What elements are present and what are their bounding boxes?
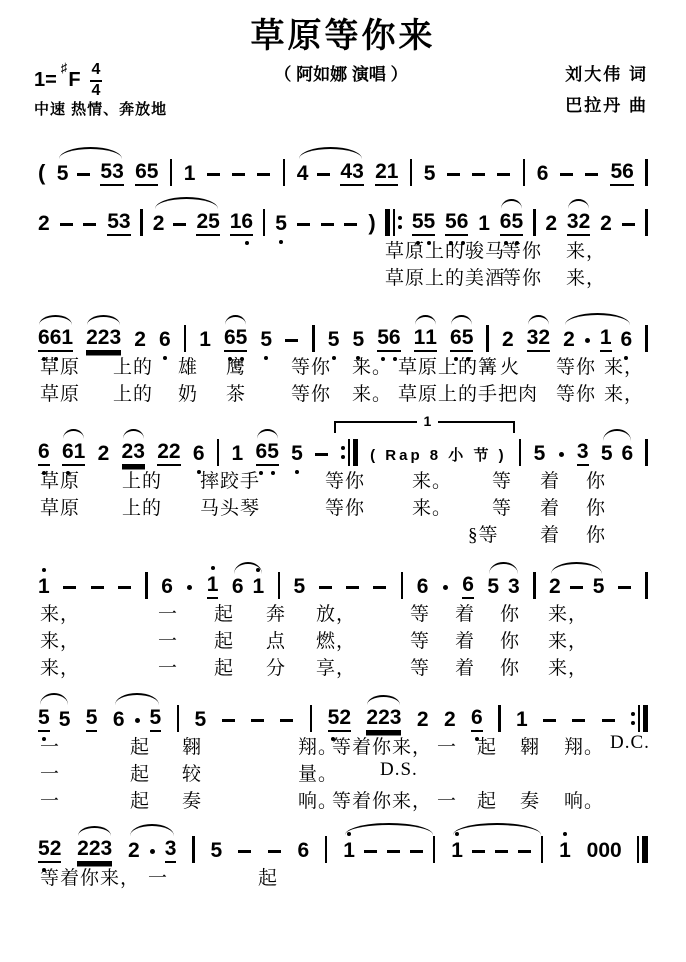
note-digit: 2 xyxy=(98,326,110,350)
note: 6 xyxy=(621,328,633,352)
note: 5 xyxy=(210,839,222,863)
note-row: 66122322616551( Rap 8 小 节 )5356 xyxy=(38,422,648,466)
sheet-music-page: 草原等你来 1= ♯ F 4 4 中速 热情、奔放地 （ 阿如娜 演唱 ） 刘大… xyxy=(0,0,686,962)
note-digit: 5 xyxy=(150,706,162,730)
lyric-segment: 摔跤手 xyxy=(200,466,260,493)
lyric-segment: 你 xyxy=(500,626,520,653)
dash xyxy=(317,162,331,186)
note: 1 xyxy=(199,328,211,352)
lyric-segment: 茶 xyxy=(226,379,246,406)
lyric-row: 草原上的美酒等你来， xyxy=(0,263,686,290)
note-digit: 2 xyxy=(378,706,390,730)
note-digit: 6 xyxy=(135,160,147,184)
dash xyxy=(285,328,299,352)
bar-thick xyxy=(642,836,648,863)
lyric-segment: 着 xyxy=(540,493,560,520)
time-signature: 4 4 xyxy=(90,62,103,100)
rap-text: ( Rap 8 小 节 ) xyxy=(370,442,507,466)
lyric-segment: 等 xyxy=(410,599,430,626)
note: 2 xyxy=(549,575,561,599)
note-row: 522232356111000 xyxy=(38,819,648,863)
note: 5 xyxy=(424,162,436,186)
dash xyxy=(495,839,509,863)
lyric-segment: 较 xyxy=(182,759,202,786)
dash xyxy=(472,162,486,186)
note: 6 xyxy=(622,442,634,466)
dash xyxy=(585,162,599,186)
note-digit: 3 xyxy=(390,706,402,730)
repeat-end-barline xyxy=(631,705,648,732)
note-digit: 3 xyxy=(527,326,539,350)
dash xyxy=(602,708,616,732)
note-row: 161615665325 xyxy=(38,555,648,599)
dash xyxy=(319,575,333,599)
lyric-row: 来，一起奔放，等着你来， xyxy=(0,599,686,626)
note-digit: 1 xyxy=(207,573,219,597)
lyric-segment: 草原 xyxy=(40,466,80,493)
note-digit: 2 xyxy=(538,326,550,350)
dash xyxy=(173,212,187,236)
barline xyxy=(263,209,266,236)
barline xyxy=(410,159,413,186)
note-digit: 2 xyxy=(50,837,62,861)
note: 5 xyxy=(601,442,613,466)
note: 1 xyxy=(451,839,463,863)
slur-group: 23 xyxy=(128,837,176,863)
slur-group: 55 xyxy=(38,706,70,732)
note: 61 xyxy=(62,440,85,466)
note-digit: 6 xyxy=(417,575,429,599)
note-row: (553651443215656 xyxy=(38,142,648,186)
lyric-segment: 一 xyxy=(437,786,457,813)
note: 65 xyxy=(135,160,158,186)
note-digit: 6 xyxy=(161,575,173,599)
lyric-segment: 翱 xyxy=(520,732,540,759)
slur-group: 25 xyxy=(549,575,604,599)
note-digit: 5 xyxy=(328,706,340,730)
lyric-segment: 来， xyxy=(548,653,588,680)
barline xyxy=(645,209,648,236)
bar-thin xyxy=(348,439,350,466)
note-digit: 6 xyxy=(50,326,62,350)
note: 661 xyxy=(38,326,73,352)
barline xyxy=(533,209,536,236)
system-2: 66122326165555561165232216草原上的雄鹰等你来。草原上的… xyxy=(0,308,686,406)
lyric-segment: D.C. xyxy=(610,732,650,754)
lyric-row: 一起较量。D.S. xyxy=(0,759,686,786)
lyric-segment: 你 xyxy=(500,653,520,680)
note-digit: 5 xyxy=(445,210,457,234)
note-digit: 0 xyxy=(598,839,610,863)
barline xyxy=(645,439,648,466)
note: 2 xyxy=(98,442,110,466)
dash xyxy=(622,212,636,236)
lyric-segment: 着 xyxy=(540,520,560,547)
slur-group: 1 xyxy=(451,836,543,863)
note-digit: 3 xyxy=(119,210,131,234)
dash xyxy=(518,839,532,863)
note: 56 xyxy=(445,210,468,236)
note: 2 xyxy=(128,839,140,863)
lyric-segment: 马头琴 xyxy=(200,493,260,520)
note-digit: 2 xyxy=(563,328,575,352)
barline xyxy=(433,836,436,863)
dash xyxy=(207,162,221,186)
lyric-segment: 等着你来， xyxy=(40,863,140,890)
note: 5 xyxy=(593,575,605,599)
note: 6 xyxy=(232,575,244,599)
note-digit: 5 xyxy=(377,326,389,350)
note-digit: 6 xyxy=(62,440,74,464)
note-digit: 6 xyxy=(500,210,512,234)
lyric-segment: 着 xyxy=(455,626,475,653)
score-meta: 1= ♯ F 4 4 中速 热情、奔放地 （ 阿如娜 演唱 ） 刘大伟 词 巴拉… xyxy=(34,58,648,128)
lyric-segment: 来。 xyxy=(412,493,452,520)
system-6: 522232356111000等着你来，一起 xyxy=(0,819,686,890)
lyric-segment: 等你 xyxy=(502,263,542,290)
note-digit: 6 xyxy=(38,326,50,350)
note: 2 xyxy=(134,328,146,352)
lyric-segment: 奏 xyxy=(182,786,202,813)
lyric-segment: 起 xyxy=(477,786,497,813)
barline xyxy=(177,705,180,732)
note: 21 xyxy=(375,160,398,186)
note: 22 xyxy=(157,440,180,466)
lyric-segment: 起 xyxy=(214,599,234,626)
note-digit: 2 xyxy=(549,575,561,599)
note-digit: 2 xyxy=(38,212,50,236)
lyric-segment: 来， xyxy=(548,626,588,653)
lyric-segment: 一 xyxy=(437,732,457,759)
note: 1 xyxy=(600,326,612,352)
dash xyxy=(560,162,574,186)
note-digit: 5 xyxy=(610,160,622,184)
repeat-dot xyxy=(398,216,402,220)
augmentation-dot xyxy=(442,575,449,599)
note-digit: 6 xyxy=(537,162,549,186)
note: 5 xyxy=(291,442,303,466)
note-digit: 5 xyxy=(86,706,98,730)
note: 2 xyxy=(545,212,557,236)
dash xyxy=(387,839,401,863)
barline xyxy=(184,325,187,352)
final-barline xyxy=(637,836,648,863)
lyric-segment: 响。 xyxy=(564,786,604,813)
barline xyxy=(310,705,313,732)
note-digit: 1 xyxy=(74,440,86,464)
bar-thick xyxy=(353,439,358,466)
dash xyxy=(77,162,91,186)
note: 52 xyxy=(38,837,61,863)
note-digit: 6 xyxy=(622,160,634,184)
lyric-segment: 来， xyxy=(604,352,644,379)
note: 2 xyxy=(444,708,456,732)
dash xyxy=(222,708,236,732)
note-digit: 6 xyxy=(621,328,633,352)
lyric-segment: 你 xyxy=(586,493,606,520)
note: 1 xyxy=(559,839,571,863)
volta-label: 1 xyxy=(417,414,439,429)
dash xyxy=(91,575,105,599)
composer-credit: 巴拉丹 曲 xyxy=(565,91,648,116)
note-digit: 5 xyxy=(260,328,272,352)
note-digit: 2 xyxy=(366,706,378,730)
lyric-segment: 上的 xyxy=(122,466,162,493)
note-digit: 5 xyxy=(107,210,119,234)
lyric-segment: 分 xyxy=(266,653,286,680)
note: 32 xyxy=(567,210,590,236)
note: 3 xyxy=(577,440,589,466)
lyric-segment: 着 xyxy=(540,466,560,493)
note: 1 xyxy=(478,212,490,236)
note-digit: 6 xyxy=(389,326,401,350)
lyric-segment: 来， xyxy=(566,236,606,263)
slur-group: 443 xyxy=(297,160,364,186)
lyric-segment: D.S. xyxy=(380,759,418,781)
barline xyxy=(486,325,489,352)
note-digit: 5 xyxy=(57,162,69,186)
lyric-row: 草原上的摔跤手等你来。等着你 xyxy=(0,466,686,493)
note: 1 xyxy=(343,839,355,863)
note-digit: 2 xyxy=(502,328,514,352)
note-digit: 5 xyxy=(462,326,474,350)
note-digit: 3 xyxy=(567,210,579,234)
dash xyxy=(268,839,282,863)
lyric-segment: 等你 xyxy=(502,236,542,263)
note: 2 xyxy=(417,708,429,732)
note-digit: 5 xyxy=(328,328,340,352)
barline xyxy=(498,705,501,732)
note-row: 555655522232261 xyxy=(38,688,648,732)
note-digit: 1 xyxy=(478,212,490,236)
note-digit: 4 xyxy=(297,162,309,186)
note-digit: 1 xyxy=(600,326,612,350)
slur-group: 65 xyxy=(113,706,161,732)
barline xyxy=(278,572,281,599)
note-digit: 1 xyxy=(414,326,426,350)
note: 65 xyxy=(224,326,247,352)
note: 223 xyxy=(77,837,112,863)
note: 56 xyxy=(610,160,633,186)
note: 5 xyxy=(260,328,272,352)
dash xyxy=(257,162,271,186)
note: 6 xyxy=(113,708,125,732)
note-digit: 6 xyxy=(232,575,244,599)
note-digit: 1 xyxy=(516,708,528,732)
slur-group: 53 xyxy=(487,575,519,599)
note-digit: 2 xyxy=(375,160,387,184)
note: 223 xyxy=(86,326,121,352)
lyric-segment: 奶 xyxy=(178,379,198,406)
lyric-segment: 来， xyxy=(548,599,588,626)
note-digit: 5 xyxy=(424,162,436,186)
note-digit: 2 xyxy=(417,708,429,732)
note: 3 xyxy=(508,575,520,599)
bar-thin xyxy=(638,705,640,732)
lyric-segment: 来。 xyxy=(352,379,392,406)
lyric-segment: 起 xyxy=(477,732,497,759)
barline xyxy=(283,159,286,186)
lyric-segment: 翔。 xyxy=(564,732,604,759)
lyric-segment: 鹰 xyxy=(226,352,246,379)
note-digit: 3 xyxy=(577,440,589,464)
repeat-dot xyxy=(631,712,635,716)
lyric-segment: 点 xyxy=(266,626,286,653)
barline xyxy=(523,159,526,186)
note-digit: 6 xyxy=(256,440,268,464)
note: 6 xyxy=(471,706,483,732)
lyric-segment: 你 xyxy=(586,466,606,493)
note: 1 xyxy=(184,162,196,186)
lyric-row: 等着你来，一起 xyxy=(0,863,686,890)
note-digit: 2 xyxy=(98,442,110,466)
dash xyxy=(410,839,424,863)
lyric-row: 来，一起点燃，等着你来， xyxy=(0,626,686,653)
note-digit: 2 xyxy=(134,328,146,352)
bar-thick xyxy=(643,705,648,732)
note: 5 xyxy=(352,328,364,352)
dash xyxy=(297,212,311,236)
lyric-segment: 等你 xyxy=(556,352,596,379)
lyricist-credit: 刘大伟 词 xyxy=(565,60,648,85)
note-digit: 5 xyxy=(195,708,207,732)
note: 2 xyxy=(153,212,165,236)
paren: ( xyxy=(38,160,45,186)
note: 5 xyxy=(150,706,162,732)
note-digit: 6 xyxy=(471,706,483,730)
note: 52 xyxy=(328,706,351,732)
lyric-segment: 等 xyxy=(492,466,512,493)
lyric-segment: 上的 xyxy=(113,352,153,379)
dash xyxy=(543,708,557,732)
bar-thin xyxy=(637,836,639,863)
lyric-segment: 草原上的骏马 xyxy=(385,236,505,263)
note-digit: 5 xyxy=(412,210,424,234)
note: 53 xyxy=(100,160,123,186)
dash xyxy=(232,162,246,186)
note: 6 xyxy=(193,442,205,466)
note: 16 xyxy=(230,210,253,236)
lyric-segment: 来。 xyxy=(352,352,392,379)
barline xyxy=(519,439,522,466)
dash xyxy=(346,575,360,599)
note-digit: 2 xyxy=(600,212,612,236)
note-digit: 5 xyxy=(208,210,220,234)
barline xyxy=(645,159,648,186)
slur-group: 225 xyxy=(153,210,220,236)
note-row: 66122326165555561165232216 xyxy=(38,308,648,352)
dash xyxy=(373,575,387,599)
note-digit: 1 xyxy=(38,575,50,599)
lyric-segment: 雄 xyxy=(178,352,198,379)
note-digit: 0 xyxy=(587,839,599,863)
note-digit: 5 xyxy=(294,575,306,599)
lyric-segment: 草原 xyxy=(40,493,80,520)
lyric-row: 一起奏响。等着你来，一起奏响。 xyxy=(0,786,686,813)
note: 6 xyxy=(38,440,50,466)
note-digit: 1 xyxy=(199,328,211,352)
note: 55 xyxy=(412,210,435,236)
lyric-segment: 一 xyxy=(40,732,60,759)
dash xyxy=(321,212,335,236)
lyric-segment: 享， xyxy=(316,653,356,680)
note-digit: 5 xyxy=(291,442,303,466)
note-digit: 2 xyxy=(579,210,591,234)
performer-subtitle: （ 阿如娜 演唱 ） xyxy=(274,60,407,85)
slur-group: 1 xyxy=(343,836,435,863)
note-digit: 5 xyxy=(534,442,546,466)
note-digit: 2 xyxy=(339,706,351,730)
slur-group: 61 xyxy=(232,575,264,599)
note: 5 xyxy=(59,708,71,732)
note: 65 xyxy=(450,326,473,352)
lyric-segment: 来， xyxy=(604,379,644,406)
repeat-dot xyxy=(341,455,345,459)
note-digit: 6 xyxy=(457,210,469,234)
note: 1 xyxy=(207,573,219,599)
barline xyxy=(217,439,220,466)
dash xyxy=(570,575,584,599)
note-digit: 5 xyxy=(487,575,499,599)
dash xyxy=(472,839,486,863)
lyric-segment: 一 xyxy=(158,626,178,653)
dash xyxy=(280,708,294,732)
lyric-segment: 起 xyxy=(214,626,234,653)
slur-group: 553 xyxy=(57,160,124,186)
lyric-segment: 等你 xyxy=(291,379,331,406)
note-digit: 3 xyxy=(352,160,364,184)
lyric-segment: 奏 xyxy=(520,786,540,813)
lyric-segment: 等着你来， xyxy=(332,732,432,759)
note-digit: 1 xyxy=(343,839,355,863)
lyric-segment: 起 xyxy=(258,863,278,890)
note-digit: 1 xyxy=(61,326,73,350)
note: 53 xyxy=(107,210,130,236)
lyric-segment: 火 xyxy=(500,352,520,379)
dash xyxy=(238,839,252,863)
note-digit: 1 xyxy=(387,160,399,184)
note: 000 xyxy=(587,839,622,863)
note-digit: 6 xyxy=(113,708,125,732)
lyric-segment: 等 xyxy=(492,493,512,520)
dash xyxy=(251,708,265,732)
lyric-segment: 你 xyxy=(586,520,606,547)
note: 3 xyxy=(165,837,177,863)
note: 23 xyxy=(122,440,145,466)
note-digit: 5 xyxy=(100,160,112,184)
note-digit: 3 xyxy=(165,837,177,861)
augmentation-dot xyxy=(149,839,156,863)
dash xyxy=(83,212,97,236)
note: 5 xyxy=(38,706,50,732)
sharp-icon: ♯ xyxy=(61,60,68,75)
note-digit: 1 xyxy=(451,839,463,863)
lyric-segment: 一 xyxy=(148,863,168,890)
repeat-dots xyxy=(631,712,635,725)
note: 6 xyxy=(537,162,549,186)
lyric-segment: 燃， xyxy=(316,626,356,653)
note: 65 xyxy=(256,440,279,466)
note: 5 xyxy=(328,328,340,352)
note-digit: 5 xyxy=(59,708,71,732)
note-digit: 2 xyxy=(169,440,181,464)
note: 43 xyxy=(340,160,363,186)
key-signature: 1= ♯ F 4 4 xyxy=(34,62,102,100)
repeat-end-barline xyxy=(341,439,358,466)
lyric-segment: 起 xyxy=(130,759,150,786)
lyric-segment: 来， xyxy=(566,263,606,290)
note-digit: 6 xyxy=(297,839,309,863)
